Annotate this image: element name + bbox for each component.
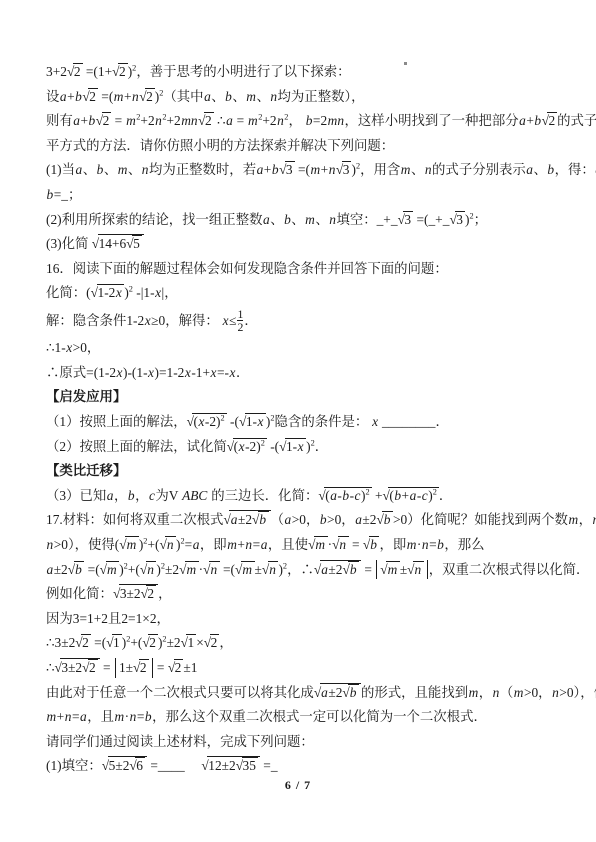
line-29-q17-fill: (1)填空：√5±2√6 =____ √12±2√35 =_ [46, 756, 566, 776]
page-number: 6 / 7 [0, 778, 596, 793]
radicand: b [348, 561, 359, 579]
text-run: 17.材料：如何将双重二次根式 [46, 512, 223, 527]
math-variable: m [117, 162, 128, 177]
math-variable: m [315, 537, 326, 552]
sqrt-expression: √b [252, 511, 269, 529]
radicand: 2 [88, 88, 98, 106]
math-variable: m [468, 685, 479, 700]
sqrt-expression: √2 [82, 87, 98, 107]
text-run: 化简：( [46, 285, 91, 300]
text-run: ∴ [46, 660, 55, 675]
sqrt-expression: √n [262, 560, 279, 580]
radicand: a±2√b [229, 510, 270, 529]
math-variable: x [229, 365, 236, 380]
text-run: +( [147, 537, 159, 552]
sqrt-expression: √m [100, 560, 120, 580]
text-run: 2 [175, 660, 182, 675]
radicand: 35 [242, 757, 258, 775]
text-run: =_； [54, 187, 82, 202]
text-run: ． [439, 488, 452, 503]
sqrt-expression: √m [179, 560, 199, 580]
math-variable: x [372, 414, 379, 429]
text-run: ； [474, 212, 487, 227]
text-run: 5±2 [109, 758, 130, 773]
line-27-q17-conclusion2: m+n=a，且m·n=b，那么这个双重二次根式一定可以化简为一个二次根式． [46, 707, 566, 727]
line-05-part1: (1)当a、b、m、n均为正整数时，若a+b√3 =(m+n√3)2，用含m、n… [46, 160, 566, 180]
line-14-section-inspire: 【启发应用】 [46, 387, 566, 407]
text-run: 2 [140, 660, 147, 675]
math-variable: n [269, 562, 277, 577]
text-run: 则有 [46, 113, 73, 128]
text-run: 3±2 [61, 660, 82, 675]
text-run: (1)填空： [46, 758, 102, 773]
sqrt-expression: √n [332, 535, 349, 555]
radicand: 2 [210, 634, 220, 652]
radicand: m [125, 536, 139, 554]
radicand: 1 [186, 634, 196, 652]
text-run: 【类比迁移】 [46, 463, 126, 478]
sqrt-expression: √b [376, 510, 393, 530]
radicand: 2 [118, 63, 128, 81]
math-variable: b [319, 512, 327, 527]
math-variable: n [492, 685, 500, 700]
text-run: = [100, 660, 114, 675]
math-variable: a [284, 512, 292, 527]
fraction-denominator: 2 [237, 320, 243, 333]
text-run: 12±2 [208, 758, 235, 773]
math-variable: a [256, 162, 264, 177]
line-28-q17-instruction: 请同学们通过阅读上述材料，完成下列问题： [46, 732, 566, 752]
text-run: 2 [211, 635, 218, 650]
text-run: ． [315, 439, 328, 454]
sqrt-expression: √m [308, 535, 328, 555]
sqrt-expression: √3 [449, 210, 465, 230]
sqrt-expression: √m [119, 535, 139, 555]
math-variable: n [245, 537, 253, 552]
text-run: ±2 [328, 562, 342, 577]
text-run: 、 [533, 162, 546, 177]
math-variable: m [186, 562, 197, 577]
sqrt-expression: √n [203, 560, 220, 580]
text-run: 2 [74, 64, 81, 79]
radicand: (a-b-c)2 [324, 487, 371, 505]
math-variable: m [114, 709, 125, 724]
sqrt-expression: √(a-b-c)2 [318, 486, 371, 506]
text-run: ±2 [238, 512, 252, 527]
radicand: 3 [403, 211, 413, 229]
text-run: 解：隐含条件1-2 [46, 313, 144, 328]
text-run: = [154, 660, 168, 675]
text-run: + [237, 537, 245, 552]
text-run: 1- [286, 439, 297, 454]
text-run: ． [244, 313, 257, 328]
text-run: 2 [119, 64, 126, 79]
radicand: 2 [88, 659, 98, 677]
text-run: ，且 [87, 709, 114, 724]
math-variable: x [155, 285, 162, 300]
line-17-section-analogy: 【类比迁移】 [46, 461, 566, 481]
text-run: 均为正整数时，若 [149, 162, 256, 177]
math-variable: m [400, 162, 411, 177]
math-variable: n [210, 562, 218, 577]
text-run: ，那么这个双重二次根式一定可以化简为一个二次根式． [152, 709, 487, 724]
sqrt-expression: √2 [133, 659, 149, 677]
text-run: -|1- [133, 285, 155, 300]
text-run: =_ [260, 758, 278, 773]
math-variable: b [349, 562, 357, 577]
text-run: （3）已知 [46, 488, 106, 503]
text-run: ， [135, 488, 148, 503]
math-variable: b [127, 488, 135, 503]
line-19-q17-material: 17.材料：如何将双重二次根式√a±2√b（a>0，b>0，a±2√b>0）化简… [46, 510, 566, 530]
text-run: （ [500, 685, 513, 700]
text-run: （2）按照上面的解法，试化简 [46, 439, 227, 454]
line-16-q16-sub2: （2）按照上面的解法，试化简√(x-2)2 -(√1-x)2． [46, 437, 566, 457]
math-variable: m [568, 512, 579, 527]
math-variable: a [59, 89, 67, 104]
math-variable: mn [327, 113, 344, 128]
line-08-part3: (3)化简 √14+6√5 [46, 234, 566, 254]
sqrt-expression: √35 [236, 757, 258, 775]
text-run: 、 [270, 212, 283, 227]
radicand: 2 [81, 634, 91, 652]
superscript: 2 [261, 438, 265, 447]
math-variable: a [46, 562, 54, 577]
text-run: = [233, 113, 247, 128]
superscript: 2 [221, 414, 225, 423]
sqrt-expression: √12±2√35 [201, 756, 260, 776]
math-variable: a [106, 488, 114, 503]
text-run: 、 [256, 89, 269, 104]
text-run: 35 [243, 758, 256, 773]
math-variable: a [230, 512, 238, 527]
text-run: ∴ [214, 113, 226, 128]
math-variable: b [96, 162, 104, 177]
math-variable: m [113, 89, 124, 104]
math-variable: n [147, 562, 155, 577]
text-run: -( [267, 439, 279, 454]
text-run: ，且使 [268, 537, 308, 552]
sqrt-expression: √2 [198, 111, 214, 131]
sqrt-expression: √6 [129, 757, 145, 775]
radicand: 2 [148, 634, 158, 652]
math-variable: b [144, 709, 152, 724]
text-run: 设 [46, 89, 59, 104]
math-variable: x [116, 365, 123, 380]
text-run: 2 [147, 586, 154, 601]
text-run: >0），使得( [54, 537, 120, 552]
sqrt-expression: √2 [142, 633, 158, 653]
absolute-value-expression: √m±√n [376, 560, 427, 580]
sqrt-expression: √2 [112, 62, 128, 82]
sqrt-expression: √(x-2)2 [227, 437, 267, 457]
line-13-q16-solution3: ∴原式=(1-2x)-(1-x)=1-2x-1+x=-x． [46, 363, 566, 383]
math-variable: m [310, 162, 321, 177]
sqrt-expression: √(b+a-c)2 [383, 486, 439, 506]
line-12-q16-solution2: ∴1-x>0， [46, 338, 566, 358]
text-run: =____ [147, 758, 201, 773]
text-run: 的三边长．化简： [208, 488, 318, 503]
text-run: （ [271, 512, 284, 527]
text-run: + [526, 113, 534, 128]
radicand: b [348, 684, 359, 702]
sqrt-expression: √1 [181, 633, 197, 653]
text-run: + [124, 89, 132, 104]
sqrt-expression: √2 [542, 111, 558, 131]
text-run: ，即 [379, 537, 406, 552]
radicand: 2 [547, 112, 557, 130]
math-variable: b [370, 537, 378, 552]
document-page: 3+2√2 =(1+√2)2，善于思考的小明进行了以下探索：设a+b√2 =(m… [0, 0, 596, 842]
text-run: 2 [103, 113, 110, 128]
sqrt-expression: √2 [168, 658, 184, 678]
math-variable: m [227, 537, 238, 552]
sqrt-expression: √1-x [239, 412, 266, 432]
text-run: 3 [286, 162, 293, 177]
math-variable: m [246, 89, 257, 104]
radicand: 2 [102, 112, 112, 130]
radicand: 1-x [285, 438, 306, 456]
math-variable: n [129, 709, 137, 724]
text-run: + [67, 89, 75, 104]
text-run: -2) [205, 414, 221, 429]
text-run: =( [220, 562, 235, 577]
line-06-part1-blank: b=_； [46, 185, 566, 205]
document-body: 3+2√2 =(1+√2)2，善于思考的小明进行了以下探索：设a+b√2 =(m… [46, 62, 566, 781]
sqrt-expression: √1 [106, 633, 122, 653]
text-run: >0， [524, 685, 552, 700]
sqrt-expression: √3 [398, 210, 414, 230]
text-run: =( [84, 562, 99, 577]
radicand: n [146, 561, 157, 579]
text-run: 5 [133, 236, 140, 251]
text-run: ± [400, 562, 407, 577]
text-run: 填空：_+_ [336, 212, 397, 227]
text-run: + [372, 488, 383, 503]
math-variable: x [210, 365, 217, 380]
line-09-q16-title: 16．阅读下面的解题过程体会如何发现隐含条件并回答下面的问题： [46, 259, 566, 279]
radicand: a±2√b [320, 560, 361, 579]
text-run: = [349, 537, 363, 552]
line-23-q17-because: 因为3=1+2且2=1×2， [46, 609, 566, 629]
text-run: 3 [404, 212, 411, 227]
text-run: ±1 [183, 660, 197, 675]
radicand: m [314, 536, 328, 554]
text-run: >0），使得 [559, 685, 596, 700]
text-run: 、 [315, 212, 328, 227]
text-run: 、 [291, 212, 304, 227]
text-run: ≤ [229, 313, 236, 328]
radicand: b [382, 511, 393, 529]
math-variable: n [424, 162, 432, 177]
text-run: (1)当 [46, 162, 75, 177]
text-run: 3±2 [120, 586, 141, 601]
text-run: 均为正整数）， [278, 89, 365, 104]
text-run: )-(1- [123, 365, 148, 380]
math-variable: b [75, 89, 83, 104]
text-run: 由此对于任意一个二次根式只要可以将其化成 [46, 685, 314, 700]
text-run: ， [288, 113, 305, 128]
math-variable: c [354, 488, 361, 503]
math-variable: n [414, 562, 422, 577]
text-run: ， [114, 488, 127, 503]
text-run: 2 [548, 113, 555, 128]
math-variable: n [421, 537, 429, 552]
text-run: ，即 [200, 537, 227, 552]
text-run: -1+ [191, 365, 210, 380]
text-run: ±2 [362, 512, 376, 527]
text-run: 14+6 [99, 236, 127, 251]
radicand: 5±2√6 [108, 756, 147, 775]
math-variable: b [534, 113, 542, 128]
radicand: b [369, 536, 380, 554]
text-run: =( [91, 635, 106, 650]
sqrt-expression: √a±2√b [223, 510, 270, 530]
text-run: ≥0，解得： [151, 313, 222, 328]
text-run: +( [128, 562, 140, 577]
sqrt-expression: √b [342, 684, 359, 702]
line-07-part2: (2)利用所探索的结论，找一组正整数a、b、m、n填空：_+_√3 =(_+_√… [46, 210, 566, 230]
text-run: + [80, 113, 88, 128]
math-variable: n [328, 162, 336, 177]
sqrt-expression: √b [68, 560, 85, 580]
text-run: ，这样小明找到了一种把部分 [345, 113, 519, 128]
text-run: 、 [211, 89, 224, 104]
line-02-assumption: 设a+b√2 =(m+n√2)2（其中a、b、m、n均为正整数）， [46, 87, 566, 107]
text-run: =(_+_ [413, 212, 449, 227]
math-variable: m [242, 562, 253, 577]
text-run: 6 [136, 758, 143, 773]
text-run: ，善于思考的小明进行了以下探索： [136, 64, 350, 79]
text-run: 、 [104, 162, 117, 177]
math-variable: x [66, 340, 73, 355]
math-variable: a [192, 537, 200, 552]
text-run: ________． [379, 414, 449, 429]
math-variable: b [342, 488, 350, 503]
text-run: = [361, 562, 375, 577]
text-run: ． [236, 365, 249, 380]
math-variable: b [88, 113, 96, 128]
text-run: 2 [89, 89, 96, 104]
text-run: （1）按照上面的解法， [46, 414, 187, 429]
text-run: =(1+ [83, 64, 113, 79]
text-run: ， [479, 685, 492, 700]
math-variable: n [592, 512, 596, 527]
sqrt-expression: √1-2x [91, 283, 125, 303]
radicand: 2 [174, 659, 184, 677]
radicand: 5 [132, 235, 142, 253]
math-variable: x [198, 414, 205, 429]
text-run: ∴1- [46, 340, 66, 355]
radicand: m [185, 561, 199, 579]
text-run: >0）化简呢？如能找到两个数 [393, 512, 568, 527]
radicand: n [338, 536, 349, 554]
line-20-q17-material2: n>0），使得(√m)2+(√n)2=a，即m+n=a，且使√m·√n = √b… [46, 535, 566, 555]
text-run: 因为3=1+2且2=1×2， [46, 611, 170, 626]
text-run: ±2 [54, 562, 68, 577]
sqrt-expression: √3±2√2 [113, 584, 158, 604]
math-variable: b [349, 685, 357, 700]
line-01-sqrt-identity: 3+2√2 =(1+√2)2，善于思考的小明进行了以下探索： [46, 62, 566, 82]
text-run: ± [255, 562, 262, 577]
text-run: ， [579, 512, 592, 527]
sqrt-expression: √n [159, 535, 176, 555]
absolute-value-expression: 1±√2 [115, 658, 153, 678]
text-run: >0， [327, 512, 355, 527]
radicand: 1 [112, 634, 122, 652]
text-run: +2 [262, 113, 276, 128]
radicand: (x-2)2 [233, 438, 267, 456]
radicand: (x-2)2 [192, 413, 226, 431]
radicand: n [268, 561, 279, 579]
math-variable: x [148, 365, 155, 380]
line-03-expansion: 则有a+b√2 = m2+2n2+2mn√2 ∴a = m2+2n2， b=2m… [46, 111, 566, 131]
radicand: 2 [146, 585, 156, 603]
sqrt-expression: √2 [67, 62, 83, 82]
math-variable: m [406, 537, 417, 552]
math-variable: m [107, 562, 118, 577]
radicand: 14+6√5 [98, 234, 144, 253]
text-run: = [72, 709, 80, 724]
radicand: 6 [135, 757, 145, 775]
sqrt-expression: √2 [96, 111, 112, 131]
sqrt-expression: √2 [75, 633, 91, 653]
math-variable: a [409, 488, 417, 503]
text-run: =- [217, 365, 229, 380]
sqrt-expression: √2 [141, 585, 157, 603]
text-run: 2 [82, 635, 89, 650]
text-run: 为V [155, 488, 181, 503]
math-variable: b [383, 512, 391, 527]
radicand: 3±2√2 [119, 584, 158, 603]
text-run: ±2 [328, 685, 342, 700]
text-run: 2 [205, 113, 212, 128]
sqrt-expression: √2 [82, 659, 98, 677]
math-variable: n [64, 709, 72, 724]
radicand: 12±2√35 [207, 756, 260, 775]
sqrt-expression: √(x-2)2 [187, 412, 227, 432]
text-run: 3 [343, 162, 350, 177]
text-run: (3)化简 [46, 236, 92, 251]
text-run: 、 [411, 162, 424, 177]
radicand: b [258, 511, 269, 529]
text-run: )=1-2 [155, 365, 185, 380]
line-21-q17-material3: a±2√b =(√m)2+(√n)2±2√m·√n =(√m±√n)2，∴√a±… [46, 560, 566, 580]
radicand: 3 [455, 211, 465, 229]
superscript: 2 [365, 487, 369, 496]
sqrt-expression: √2 [204, 633, 220, 653]
text-run: =( [98, 89, 113, 104]
sqrt-expression: √b [363, 535, 380, 555]
text-run: =2 [313, 113, 327, 128]
radicand: n [209, 561, 220, 579]
text-run: |， [162, 285, 178, 300]
text-run: 1± [119, 660, 133, 675]
math-variable: n [339, 537, 347, 552]
text-run: 2 [89, 660, 96, 675]
text-run: 请同学们通过阅读上述材料，完成下列问题： [46, 734, 314, 749]
math-variable: ABC [182, 488, 208, 503]
line-11-q16-solution1: 解：隐含条件1-2x≥0，解得： x≤12． [46, 308, 566, 334]
math-variable: m [126, 537, 137, 552]
line-26-q17-conclusion1: 由此对于任意一个二次根式只要可以将其化成√a±2√b的形式，且能找到m，n（m>… [46, 683, 566, 703]
radicand: 3 [285, 161, 295, 179]
math-variable: m [305, 212, 316, 227]
text-run: ， [158, 586, 171, 601]
math-variable: x [115, 285, 122, 300]
radicand: 1-x [245, 413, 266, 431]
sqrt-expression: √m [380, 561, 400, 579]
